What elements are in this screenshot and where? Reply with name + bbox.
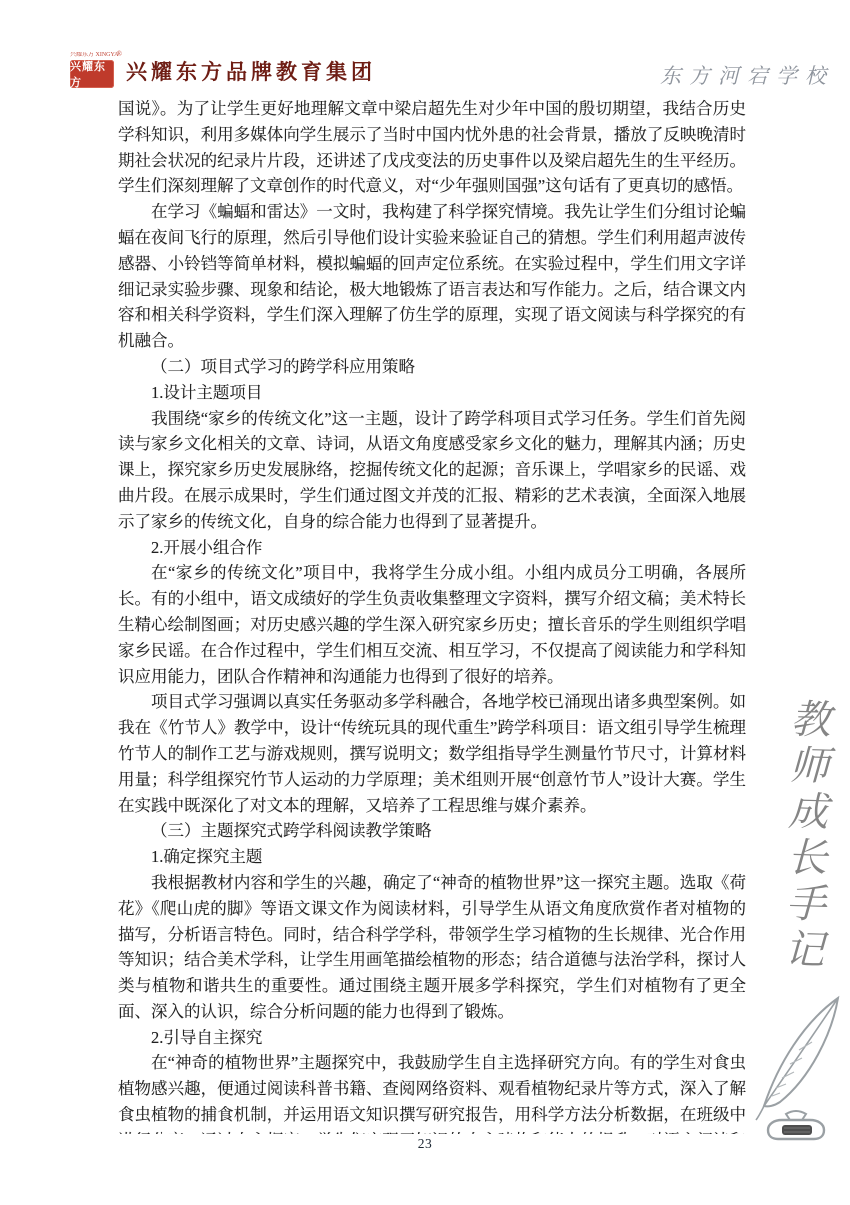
sub-heading: 1.设计主题项目	[118, 380, 746, 406]
registered-mark: ®	[117, 50, 122, 58]
brand-stamp-logo: 兴耀东方 XINGYAO ® 兴耀东方	[70, 52, 118, 92]
page-number: 23	[0, 1136, 850, 1152]
body-paragraph: 项目式学习强调以真实任务驱动多学科融合，各地学校已涌现出诸多典型案例。如我在《竹…	[118, 689, 746, 818]
body-paragraph: 在“神奇的植物世界”主题探究中，我鼓励学生自主选择研究方向。有的学生对食虫植物感…	[118, 1050, 746, 1134]
vertical-calligraphy-title: 教师成长手记	[772, 697, 836, 984]
body-paragraph: 我根据教材内容和学生的兴趣，确定了“神奇的植物世界”这一探究主题。选取《荷花》《…	[118, 870, 746, 1025]
document-page: 兴耀东方 XINGYAO ® 兴耀东方 兴耀东方品牌教育集团 东方河宕学校 国说…	[0, 0, 850, 1205]
sub-heading: 1.确定探究主题	[118, 844, 746, 870]
section-heading: （二）项目式学习的跨学科应用策略	[118, 354, 746, 380]
sub-heading: 2.引导自主探究	[118, 1025, 746, 1051]
body-paragraph: 在学习《蝙蝠和雷达》一文时，我构建了科学探究情境。我先让学生们分组讨论蝙蝠在夜间…	[118, 199, 746, 354]
body-paragraph: 在“家乡的传统文化”项目中，我将学生分成小组。小组内成员分工明确，各展所长。有的…	[118, 560, 746, 689]
stamp-seal-icon: 兴耀东方	[70, 60, 114, 88]
school-name: 东方河宕学校	[660, 60, 834, 90]
section-heading: （三）主题探究式跨学科阅读教学策略	[118, 818, 746, 844]
sub-heading: 2.开展小组合作	[118, 535, 746, 561]
body-paragraph: 国说》。为了让学生更好地理解文章中梁启超先生对少年中国的殷切期望，我结合历史学科…	[118, 96, 746, 199]
quill-ink-icon	[742, 992, 850, 1144]
header-brand: 兴耀东方 XINGYAO ® 兴耀东方 兴耀东方品牌教育集团	[70, 52, 376, 92]
document-body: 国说》。为了让学生更好地理解文章中梁启超先生对少年中国的殷切期望，我结合历史学科…	[118, 96, 746, 1134]
body-paragraph: 我围绕“家乡的传统文化”这一主题，设计了跨学科项目式学习任务。学生们首先阅读与家…	[118, 406, 746, 535]
brand-title: 兴耀东方品牌教育集团	[126, 52, 376, 92]
